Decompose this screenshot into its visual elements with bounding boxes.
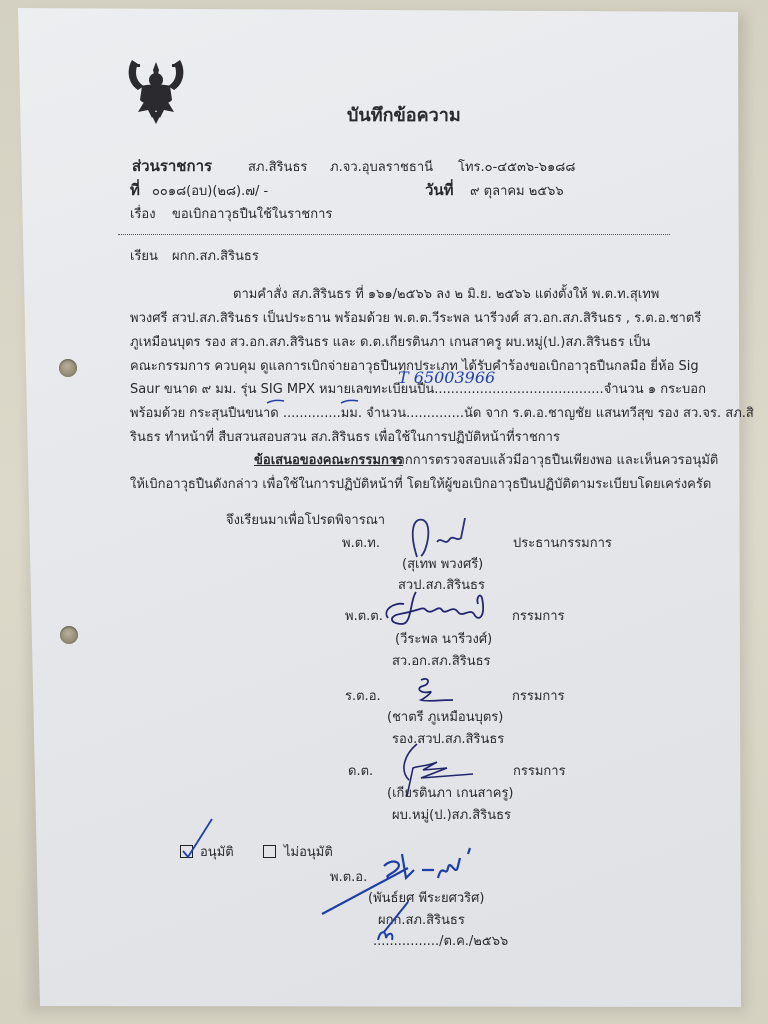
signatory-role: กรรมการ <box>512 609 565 625</box>
subject-value: ขอเบิกอาวุธปืนใช้ในราชการ <box>172 207 332 223</box>
signatory-position: ผบ.หมู่(ป.)สภ.สิรินธร <box>392 808 511 824</box>
punch-hole <box>59 359 77 377</box>
signatory-role: กรรมการ <box>513 764 566 780</box>
signatory-rank: ร.ต.อ. <box>345 689 381 705</box>
to-value: ผกก.สภ.สิรินธร <box>172 249 259 265</box>
body-line: รินธร ทำหน้าที่ สืบสวนสอบสวน สภ.สิรินธร … <box>130 430 560 446</box>
ref-label: ที่ <box>130 182 140 198</box>
handwritten-serial-number: T 65003966 <box>398 370 495 386</box>
body-line: ภูเหมือนบุตร รอง สว.อก.สภ.สิรินธร และ ด.… <box>130 335 650 351</box>
proposal-line: จากการตรวจสอบแล้วมีอาวุธปืนเพียงพอ และเห… <box>390 453 718 469</box>
garuda-emblem-icon <box>124 56 188 126</box>
date-label: วันที่ <box>425 182 454 198</box>
signature <box>382 588 502 633</box>
signatory-rank: ด.ต. <box>348 764 373 780</box>
signatory-name: (วีระพล นารีวงศ์) <box>395 632 492 648</box>
signatory-name: (สุเทพ พวงศรี) <box>402 557 483 573</box>
handwritten-dash <box>340 398 360 406</box>
body-line: พวงศรี สวป.สภ.สิรินธร เป็นประธาน พร้อมด้… <box>130 311 701 327</box>
ref-value: ๐๐๑๘(อบ)(๒๘).๗/ - <box>152 184 268 200</box>
header-divider <box>118 234 670 235</box>
signatory-rank: พ.ต.ท. <box>342 536 380 552</box>
signatory-position: สว.อก.สภ.สิรินธร <box>392 654 491 670</box>
phone: โทร.๐-๔๕๓๖-๖๑๘๘ <box>458 160 575 176</box>
agency-value: สภ.สิรินธร <box>248 160 307 176</box>
signatory-rank: พ.ต.ต. <box>345 609 383 625</box>
province: ภ.จว.อุบลราชธานี <box>330 160 433 176</box>
approve-label: อนุมัติ <box>200 845 234 861</box>
subject-label: เรื่อง <box>130 207 156 223</box>
memo-title: บันทึกข้อความ <box>347 108 461 124</box>
proposal-heading: ข้อเสนอของคณะกรรมการ <box>254 453 403 469</box>
signatory-name: (เกียรตินภา เกนสาครู) <box>387 786 514 802</box>
to-label: เรียน <box>130 249 158 265</box>
body-line: ตามคำสั่ง สภ.สิรินธร ที่ ๑๖๑/๒๕๖๖ ลง ๒ ม… <box>233 287 659 303</box>
approver-date-line: ................/ต.ค./๒๕๖๖ <box>373 934 508 950</box>
handwritten-dash <box>266 398 286 406</box>
signature <box>415 676 465 706</box>
date-value: ๙ ตุลาคม ๒๕๖๖ <box>470 184 564 200</box>
closing-text: จึงเรียนมาเพื่อโปรดพิจารณา <box>226 513 385 529</box>
signatory-role: ประธานกรรมการ <box>513 536 612 552</box>
proposal-line: ให้เบิกอาวุธปืนดังกล่าว เพื่อใช้ในการปฏิ… <box>130 477 711 493</box>
punch-hole <box>60 626 78 644</box>
agency-label: ส่วนราชการ <box>132 158 212 174</box>
reject-checkbox[interactable] <box>263 845 276 858</box>
signature <box>405 512 475 562</box>
signatory-name: (ชาตรี ภูเหมือนบุตร) <box>387 710 503 726</box>
body-line: พร้อมด้วย กระสุนปืนขนาด ..............มม… <box>130 406 754 422</box>
signatory-role: กรรมการ <box>512 689 565 705</box>
